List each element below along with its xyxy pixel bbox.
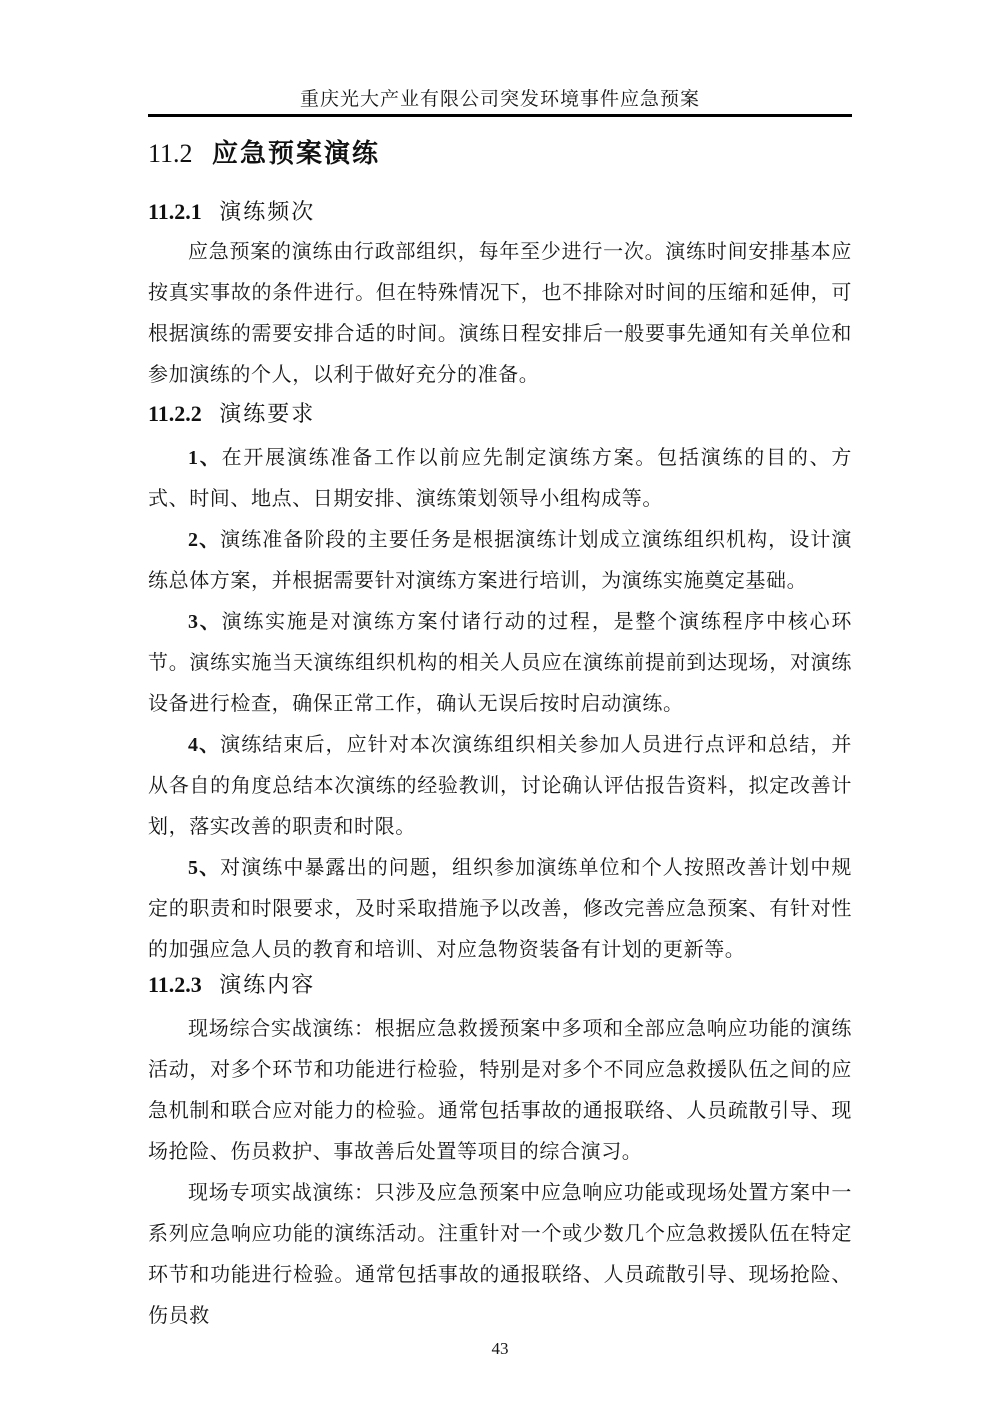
requirement-item-2: 2、演练准备阶段的主要任务是根据演练计划成立演练组织机构，设计演练总体方案，并根… xyxy=(148,520,852,602)
item-text-2: 演练准备阶段的主要任务是根据演练计划成立演练组织机构，设计演练总体方案，并根据需… xyxy=(148,529,852,592)
item-number-4: 4、 xyxy=(188,734,220,756)
page-footer: 43 xyxy=(148,1339,852,1359)
item-text-1: 在开展演练准备工作以前应先制定演练方案。包括演练的目的、方式、时间、地点、日期安… xyxy=(148,447,852,510)
paragraph-special-drill: 现场专项实战演练：只涉及应急预案中应急响应功能或现场处置方案中一系列应急响应功能… xyxy=(148,1173,852,1337)
requirement-item-5: 5、对演练中暴露出的问题，组织参加演练单位和个人按照改善计划中规定的职责和时限要… xyxy=(148,848,852,971)
header-rule xyxy=(148,114,852,117)
document-page: 重庆光大产业有限公司突发环境事件应急预案 11.2 应急预案演练 11.2.1 … xyxy=(0,0,992,1403)
header-title: 重庆光大产业有限公司突发环境事件应急预案 xyxy=(148,88,852,111)
subsection-number-11-2-2: 11.2.2 xyxy=(148,401,202,426)
item-number-1: 1、 xyxy=(188,447,222,469)
subsection-title-11-2-3: 演练内容 xyxy=(219,972,315,997)
subsection-title-11-2-1: 演练频次 xyxy=(219,199,315,224)
page-header: 重庆光大产业有限公司突发环境事件应急预案 xyxy=(148,88,852,117)
section-heading-11-2: 11.2 应急预案演练 xyxy=(148,137,852,170)
section-number: 11.2 xyxy=(148,139,193,168)
paragraph-comprehensive-drill: 现场综合实战演练：根据应急救援预案中多项和全部应急响应功能的演练活动，对多个环节… xyxy=(148,1009,852,1173)
item-number-2: 2、 xyxy=(188,529,220,551)
item-number-5: 5、 xyxy=(188,857,220,879)
page-number: 43 xyxy=(148,1339,852,1359)
subsection-heading-11-2-1: 11.2.1 演练频次 xyxy=(148,198,852,226)
subsection-title-11-2-2: 演练要求 xyxy=(219,401,315,426)
item-text-5: 对演练中暴露出的问题，组织参加演练单位和个人按照改善计划中规定的职责和时限要求，… xyxy=(148,857,852,961)
requirement-item-3: 3、演练实施是对演练方案付诸行动的过程，是整个演练程序中核心环节。演练实施当天演… xyxy=(148,602,852,725)
paragraph-frequency: 应急预案的演练由行政部组织，每年至少进行一次。演练时间安排基本应按真实事故的条件… xyxy=(148,232,852,396)
item-number-3: 3、 xyxy=(188,611,222,633)
item-text-4: 演练结束后，应针对本次演练组织相关参加人员进行点评和总结，并从各自的角度总结本次… xyxy=(148,734,852,838)
subsection-number-11-2-3: 11.2.3 xyxy=(148,972,202,997)
subsection-heading-11-2-3: 11.2.3 演练内容 xyxy=(148,971,852,999)
requirement-item-1: 1、在开展演练准备工作以前应先制定演练方案。包括演练的目的、方式、时间、地点、日… xyxy=(148,438,852,520)
subsection-heading-11-2-2: 11.2.2 演练要求 xyxy=(148,400,852,428)
section-title: 应急预案演练 xyxy=(212,138,380,168)
requirement-item-4: 4、演练结束后，应针对本次演练组织相关参加人员进行点评和总结，并从各自的角度总结… xyxy=(148,725,852,848)
item-text-3: 演练实施是对演练方案付诸行动的过程，是整个演练程序中核心环节。演练实施当天演练组… xyxy=(148,611,852,715)
document-body: 11.2 应急预案演练 11.2.1 演练频次 应急预案的演练由行政部组织，每年… xyxy=(148,137,852,1337)
subsection-number-11-2-1: 11.2.1 xyxy=(148,199,202,224)
